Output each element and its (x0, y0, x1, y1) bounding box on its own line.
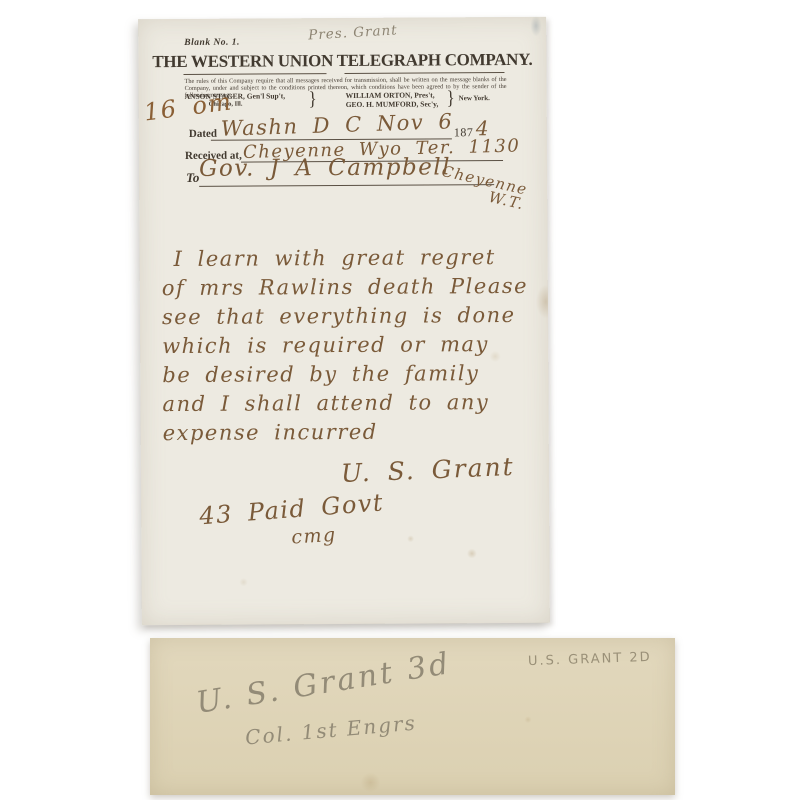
message-line: see that everything is done (162, 303, 532, 334)
photo-background: Pres. Grant Blank No. 1. THE WESTERN UNI… (0, 0, 800, 800)
company-title: THE WESTERN UNION TELEGRAPH COMPANY. (138, 50, 546, 72)
officer-right-name-2: GEO. H. MUMFORD, Sec'y, (346, 99, 439, 109)
to-value: Gov. J A Campbell (199, 154, 451, 182)
card-signature-title: Col. 1st Engrs (244, 711, 417, 750)
message-line: which is required or may (162, 332, 532, 363)
message-line: and I shall attend to any (162, 390, 532, 421)
message-line: of mrs Rawlins death Please (162, 274, 532, 305)
to-label: To (186, 170, 199, 186)
pencil-annotation-pres-grant: Pres. Grant (308, 22, 398, 43)
title-divider-left (183, 73, 326, 75)
pencil-annotation-card: U.S. GRANT 2D (528, 650, 652, 669)
brace-glyph-right: } (447, 87, 455, 110)
officer-right-city: New York. (459, 94, 490, 102)
dated-label: Dated (189, 128, 217, 140)
blank-number: Blank No. 1. (184, 38, 240, 48)
docket-notation-2: cmg (291, 524, 338, 549)
to-location: Cheyenne W.T. (437, 164, 529, 212)
sender-signature: U. S. Grant (340, 452, 515, 488)
telegram-document: Pres. Grant Blank No. 1. THE WESTERN UNI… (138, 17, 550, 625)
docket-notation-1: 43 Paid Govt (198, 488, 385, 530)
message-line: I learn with great regret (162, 245, 532, 276)
title-divider-right (344, 72, 504, 74)
message-line: be desired by the family (162, 361, 532, 392)
dated-value: Washn D C Nov 6 (220, 109, 453, 140)
message-body: I learn with great regret of mrs Rawlins… (162, 245, 533, 450)
signature-card: U.S. GRANT 2D U. S. Grant 3d Col. 1st En… (150, 638, 675, 795)
message-line: expense incurred (163, 419, 533, 450)
brace-glyph-left: } (309, 88, 317, 111)
